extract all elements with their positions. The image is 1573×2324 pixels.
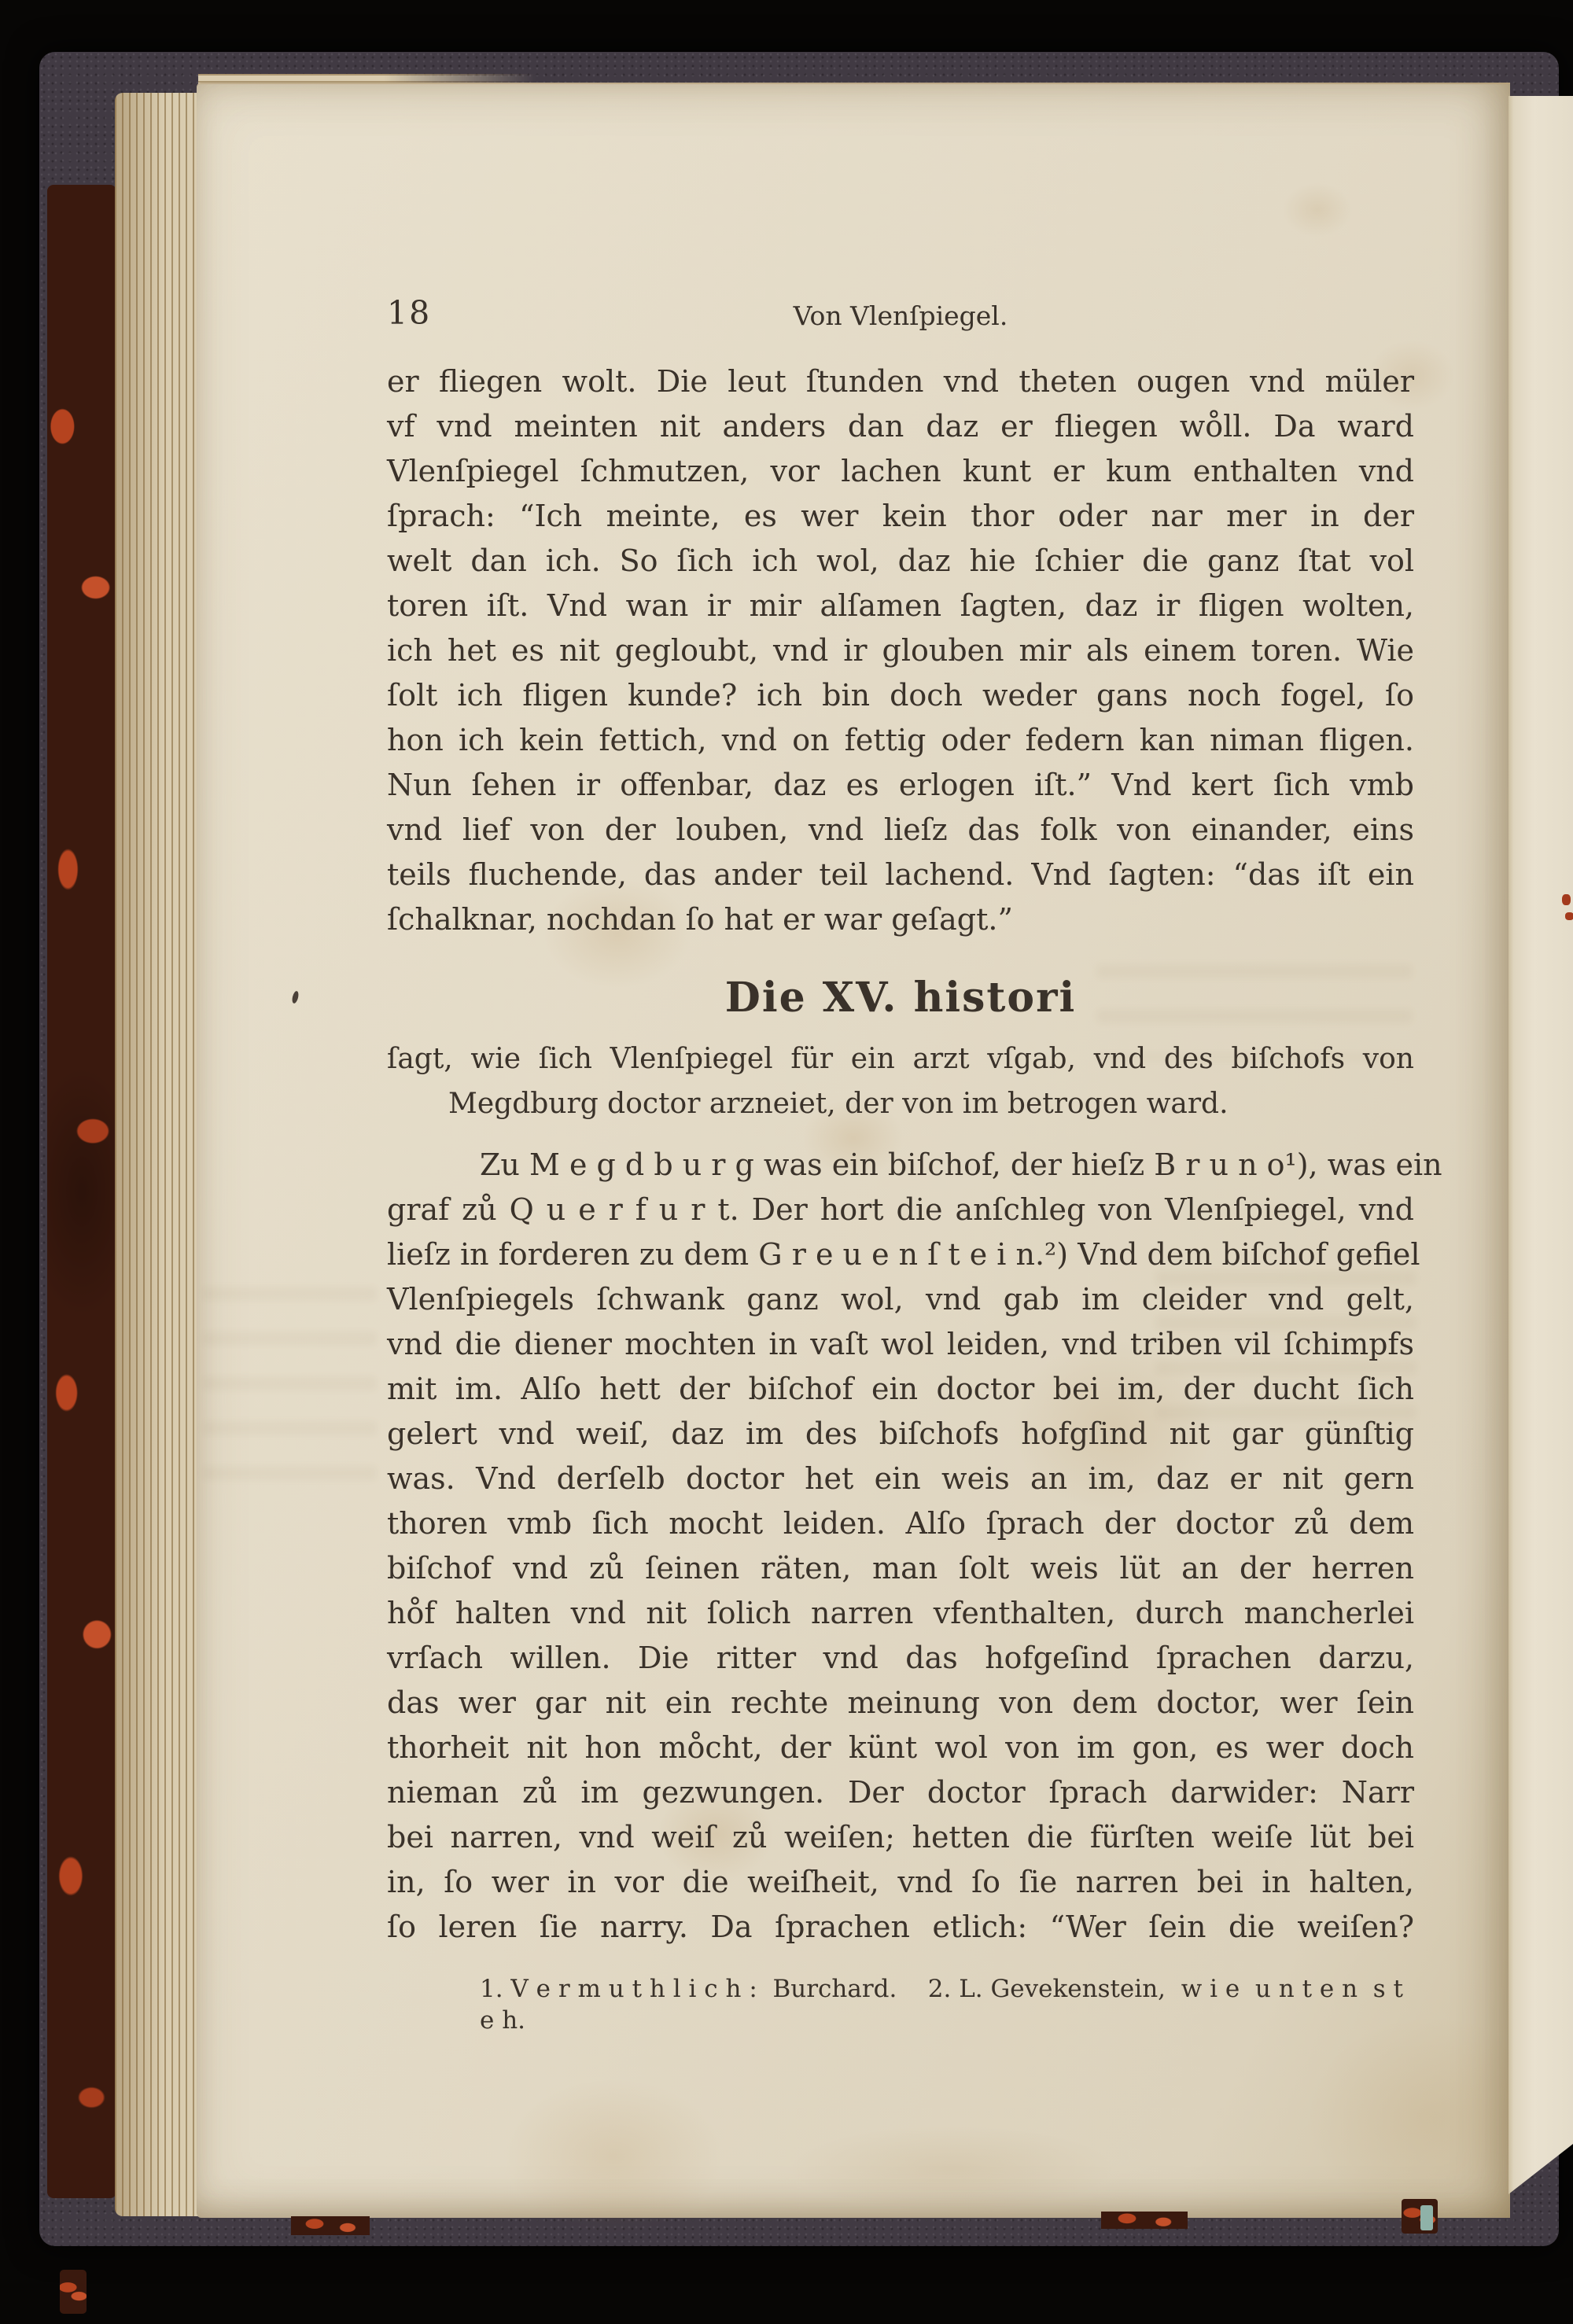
paragraph-subtitle: ſagt, wie ſich Vlenſpiegel für ein arzt …	[387, 1037, 1414, 1126]
page-edges-left	[115, 93, 198, 2216]
marbled-paper-edge	[47, 185, 116, 2198]
paragraph-body: Zu M e g d b u r g was ein biſchof, der …	[387, 1143, 1414, 1950]
text-line: ho̊f halten vnd nit ſolich narren vfenth…	[387, 1591, 1414, 1636]
text-line: Megdburg doctor arzneiet, der von im bet…	[387, 1081, 1414, 1126]
text-line: biſchof vnd zů ſeinen räten, man ſolt we…	[387, 1546, 1414, 1591]
text-line: ſagt, wie ſich Vlenſpiegel für ein arzt …	[387, 1037, 1414, 1081]
running-title: Von Vlenſpiegel.	[794, 300, 1008, 331]
page-number: 18	[387, 294, 431, 332]
footnote: 1. V e r m u t h l i c h : Burchard. 2. …	[387, 1973, 1414, 2036]
text-line: vnd die diener mochten in vaſt wol leide…	[387, 1322, 1414, 1367]
text-line: vrſach willen. Die ritter vnd das hofgeſ…	[387, 1636, 1414, 1681]
red-speck	[1565, 912, 1573, 920]
marbled-bottom-edge	[1101, 2212, 1188, 2229]
text-line: ich het es nit gegloubt, vnd ir glouben …	[387, 628, 1414, 673]
teal-speck	[1420, 2205, 1433, 2230]
foxing-stain	[786, 2125, 1117, 2212]
text-line: er fliegen wolt. Die leut ſtunden vnd th…	[387, 359, 1414, 404]
text-line: ſo leren ſie narry. Da ſprachen etlich: …	[387, 1905, 1414, 1950]
text-line: bei narren, vnd weiſ zů weiſen; hetten d…	[387, 1815, 1414, 1860]
text-line: Vlenſpiegels ſchwank ganz wol, vnd gab i…	[387, 1277, 1414, 1322]
text-line: was. Vnd derſelb doctor het ein weis an …	[387, 1457, 1414, 1501]
text-line: ſolt ich fligen kunde? ich bin doch wede…	[387, 673, 1414, 718]
page-header: 18 Von Vlenſpiegel.	[387, 294, 1414, 332]
text-line: Vlenſpiegel ſchmutzen, vor lachen kunt e…	[387, 449, 1414, 494]
text-line: lieſz in forderen zu dem G r e u e n ſ t…	[387, 1232, 1414, 1277]
text-line: das wer gar nit ein rechte meinung von d…	[387, 1681, 1414, 1726]
text-line: gelert vnd weiſ, daz im des biſchofs hof…	[387, 1412, 1414, 1457]
text-line: vnd lief von der louben, vnd lieſz das f…	[387, 808, 1414, 853]
paragraph-body: er fliegen wolt. Die leut ſtunden vnd th…	[387, 359, 1414, 942]
text-line: graf zů Q u e r f u r t. Der hort die an…	[387, 1188, 1414, 1232]
ink-speck	[291, 990, 300, 1004]
page-text-block: 18 Von Vlenſpiegel. er fliegen wolt. Die…	[387, 294, 1414, 2036]
text-line: toren iſt. Vnd wan ir mir alſamen ſagten…	[387, 584, 1414, 628]
page-paragraphs: er fliegen wolt. Die leut ſtunden vnd th…	[387, 359, 1414, 1950]
book-page: 18 Von Vlenſpiegel. er fliegen wolt. Die…	[197, 83, 1510, 2218]
red-speck	[1562, 894, 1571, 905]
facing-page-edge	[1509, 96, 1573, 2194]
foxing-stain	[1282, 182, 1353, 238]
text-line: ſchalknar, nochdan ſo hat er war geſagt.…	[387, 897, 1414, 942]
screenshot-root: { "colors":{ "background":"#070605","cov…	[0, 0, 1573, 2324]
text-line: ſprach: “Ich meinte, es wer kein thor od…	[387, 494, 1414, 539]
text-line: in, ſo wer in vor die weiſheit, vnd ſo ſ…	[387, 1860, 1414, 1905]
show-through-text	[203, 1287, 376, 1508]
text-line: welt dan ich. So ſich ich wol, daz hie ſ…	[387, 539, 1414, 584]
text-line: nieman zů im gezwungen. Der doctor ſprac…	[387, 1770, 1414, 1815]
text-line: Nun ſehen ir offenbar, daz es erlogen iſ…	[387, 763, 1414, 808]
text-line: thorheit nit hon mo̊cht, der künt wol vo…	[387, 1726, 1414, 1770]
text-line: Zu M e g d b u r g was ein biſchof, der …	[387, 1143, 1414, 1188]
marbled-corner-bottom-left	[60, 2270, 87, 2314]
foxing-stain	[503, 2078, 724, 2235]
text-line: thoren vmb ſich mocht leiden. Alſo ſprac…	[387, 1501, 1414, 1546]
text-line: vf vnd meinten nit anders dan daz er fli…	[387, 404, 1414, 449]
text-line: teils fluchende, das ander teil lachend.…	[387, 853, 1414, 897]
marbled-bottom-edge	[291, 2216, 370, 2235]
chapter-heading: Die XV. histori	[387, 974, 1414, 1022]
text-line: hon ich kein fettich, vnd on fettig oder…	[387, 718, 1414, 763]
text-line: mit im. Alſo hett der biſchof ein doctor…	[387, 1367, 1414, 1412]
